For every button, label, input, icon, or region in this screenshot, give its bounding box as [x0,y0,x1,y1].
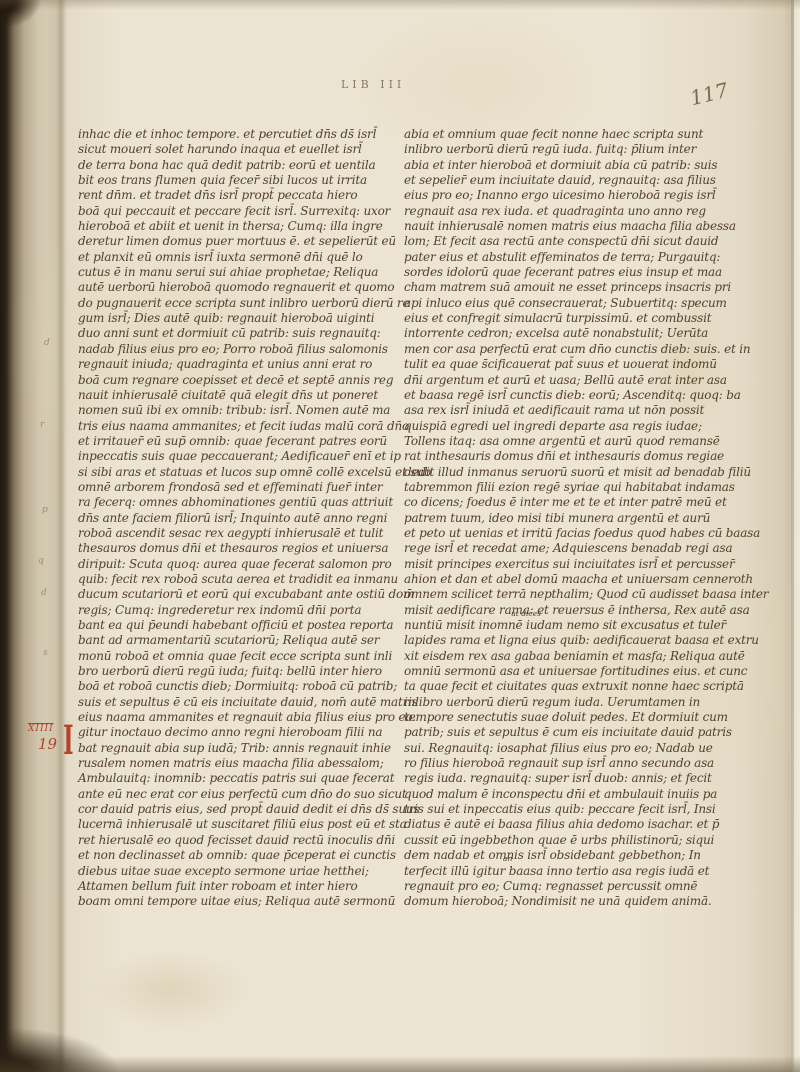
manuscript-line: sicut moueri solet harundo inaqua et eue… [78,142,394,157]
manuscript-line: rent dn̄m. et tradet dn̄s isrl̄ propt̄ p… [78,188,394,203]
manuscript-line: gitur inoctauo decimo anno regni hierobo… [78,725,394,740]
page-edge-bottom [0,1056,800,1072]
manuscript-line: bant ea qui p̄eundi habebant officiū et… [78,618,394,633]
interlinear-addition: ut dices [511,609,541,618]
manuscript-line: nomen suū ibi ex omnib: tribub: isrl̄. … [78,403,394,418]
manuscript-line: men cor asa perfectū erat cum dn̄o cunc… [404,342,738,357]
manuscript-page-scan: LIB III 117 inhac die et inhoc tempore. … [0,0,800,1072]
manuscript-line: rusalem nomen matris eius maacha filia a… [78,756,394,771]
manuscript-line: deretur limen domus puer mortuus ē. et … [78,234,394,249]
manuscript-line: inhac die et inhoc tempore. et percutiet… [78,127,394,142]
manuscript-line: domum hieroboā; Nondimisit ne unā quid… [404,894,738,909]
manuscript-line: eius et confregit simulacrū turpissimū… [404,311,738,326]
manuscript-line: ducum scutariorū et eorū qui excubaban… [78,587,394,602]
manuscript-line: et baasa regē isrl̄ cunctis dieb: eorū… [404,388,738,403]
manuscript-line: ta quae fecit et ciuitates quas extruxit… [404,679,738,694]
text-column-left: inhac die et inhoc tempore. et percutiet… [78,127,394,910]
manuscript-line: nadab filius eius pro eo; Porro roboā f… [78,342,394,357]
manuscript-line: ante eū nec erat cor eius perfectū cum… [78,787,394,802]
manuscript-line: sui. Regnauitq: iosaphat filius eius pro… [404,741,738,756]
manuscript-line: omniū sermonū asa et uniuersae fortitu… [404,664,738,679]
manuscript-line: cussit eū ingebbethon quae ē urbs phil… [404,833,738,848]
manuscript-line: misit aedificare rama: et reuersus ē in… [404,603,738,618]
edge-ink-mark: d [41,588,47,598]
manuscript-line: gum isrl̄; Dies autē quib: regnauit hie… [78,311,394,326]
manuscript-line: dn̄i argentum et aurū et uasa; Bellū a… [404,373,738,388]
manuscript-line: roboā ascendit sesac rex aegypti inhier… [78,526,394,541]
manuscript-line: Attamen bellum fuit inter roboam et inte… [78,879,394,894]
manuscript-line: monū roboā et omnia quae fecit ecce sc… [78,649,394,664]
manuscript-line: regnauit asa rex iuda. et quadraginta un… [404,204,738,219]
manuscript-line: cutus ē in manu serui sui ahiae prophet… [78,265,394,280]
manuscript-line: et peto ut uenias et irritū facias foed… [404,526,738,541]
manuscript-line: tabremmon filii ezion regē syriae qui h… [404,480,738,495]
manuscript-line: boam omni tempore uitae eius; Reliqua au… [78,894,394,909]
manuscript-line: do pugnauerit ecce scripta sunt inlibro … [78,296,394,311]
manuscript-line: et planxit eū omnis isrl̄ iuxta sermone… [78,250,394,265]
manuscript-line: quispiā egredi uel ingredi departe asa … [404,419,738,434]
page-edge-top [0,0,800,10]
manuscript-line: thesauros domus dn̄i et thesauros regios… [78,541,394,556]
manuscript-line: abia et inter hieroboā et dormiuit abia… [404,158,738,173]
manuscript-line: bat regnauit abia sup iudā; Trib: annis… [78,741,394,756]
manuscript-line: nuntiū misit inomnē iudam nemo sit exc… [404,618,738,633]
manuscript-line: xit eisdem rex asa gabaa beniamin et mas… [404,649,738,664]
manuscript-line: omnē arborem frondosā sed et effeminat… [78,480,394,495]
manuscript-line: inlibro uerborū dierū regū iuda. fuit… [404,142,738,157]
manuscript-line: nauit inhierusalē nomen matris eius maa… [404,219,738,234]
margin-chapter-numeral: XIIII [28,724,54,734]
manuscript-line: sordes idolorū quae fecerant patres eiu… [404,265,738,280]
page-edge-right [791,0,794,1072]
manuscript-line: terfecit illū igitur baasa inno tertio … [404,864,738,879]
manuscript-line: rat inthesauris domus dn̄i et inthesauri… [404,449,738,464]
manuscript-line: et non declinasset ab omnib: quae p̄cepe… [78,848,394,863]
edge-ink-mark: p [42,505,48,515]
manuscript-line: regnauit pro eo; Cumq: regnasset percuss… [404,879,738,894]
manuscript-line: Ambulauitq: inomnib: peccatis patris sui… [78,771,394,786]
manuscript-line: boā cum regnare coepisset et decē et s… [78,373,394,388]
manuscript-line: de terra bona hac quā dedit patrib: eor… [78,158,394,173]
manuscript-line: suis et sepultus ē cū eis inciuitate d… [78,695,394,710]
manuscript-line: ret hierusalē eo quod fecisset dauid re… [78,833,394,848]
page-crease [56,0,66,1072]
manuscript-line: eius pro eo; Inanno ergo uicesimo hierob… [404,188,738,203]
manuscript-line: dedit illud inmanus seruorū suorū et m… [404,465,738,480]
manuscript-line: asa rex isrl̄ iniudā et aedificauit ram… [404,403,738,418]
manuscript-line: dn̄s ante faciem filiorū isrl̄; Inquint… [78,511,394,526]
manuscript-line: ro filius hieroboā regnauit sup isrl̄ a… [404,756,738,771]
manuscript-line: api inluco eius quē consecrauerat; Subu… [404,296,738,311]
manuscript-line: duo anni sunt et dormiuit cū patrib: su… [78,326,394,341]
folio-number: 117 [688,78,731,111]
edge-ink-mark: q [38,556,44,566]
text-column-right: abia et omnium quae fecit nonne haec scr… [404,127,738,910]
manuscript-line: intorrente cedron; excelsa autē nonabst… [404,326,738,341]
manuscript-line: cham matrem suā amouit ne esset princep… [404,280,738,295]
edge-ink-mark: d [44,338,50,348]
margin-chapter-number: 19 [38,735,57,753]
manuscript-line: bant ad armamentariū scutariorū; Reliq… [78,633,394,648]
manuscript-line: hieroboā et abiit et uenit in thersa; C… [78,219,394,234]
manuscript-line: ra fecerq: omnes abhominationes gentiū … [78,495,394,510]
manuscript-line: lucernā inhierusalē ut suscitaret fili… [78,817,394,832]
interlinear-addition: an [503,854,512,863]
manuscript-line: lom; Et fecit asa rectū ante conspectū… [404,234,738,249]
manuscript-line: abia et omnium quae fecit nonne haec scr… [404,127,738,142]
manuscript-line: tulit ea quae s̄cificauerat pat̄ suus et… [404,357,738,372]
manuscript-line: patrem tuum, ideo misi tibi munera argen… [404,511,738,526]
manuscript-line: diripuit: Scuta quoq: aurea quae fecerat… [78,557,394,572]
manuscript-line: regis iuda. regnauitq: super isrl̄ duob:… [404,771,738,786]
rubricated-initial: I [63,721,73,761]
manuscript-line: quib: fecit rex roboā scuta aerea et tr… [78,572,394,587]
manuscript-line: eius naama ammanites et regnauit abia fi… [78,710,394,725]
manuscript-line: et irritauer̄ eū sup̄ omnib: quae fecer… [78,434,394,449]
manuscript-line: quod malum ē inconspectu dn̄i et ambula… [404,787,738,802]
manuscript-line: et sepelier̄ eum inciuitate dauid, regna… [404,173,738,188]
manuscript-line: boā et roboā cunctis dieb; Dormiuitq: … [78,679,394,694]
manuscript-line: bro uerborū dierū regū iuda; fuitq: b… [78,664,394,679]
manuscript-line: misit principes exercitus sui inciuitate… [404,557,738,572]
manuscript-line: diebus uitae suae excepto sermone uriae … [78,864,394,879]
manuscript-line: cor dauid patris eius, sed propt̄ dauid … [78,802,394,817]
manuscript-line: co dicens; foedus ē inter me et te et i… [404,495,738,510]
manuscript-line: regnauit iniuda; quadraginta et unius an… [78,357,394,372]
manuscript-line: ahion et dan et abel domū maacha et uni… [404,572,738,587]
manuscript-line: patrib; suis et sepultus ē cum eis inci… [404,725,738,740]
manuscript-line: inpeccatis suis quae peccauerant; Aedifi… [78,449,394,464]
manuscript-line: boā qui peccauit et peccare fecit isrl̄… [78,204,394,219]
manuscript-line: lapides rama et ligna eius quib: aedific… [404,633,738,648]
manuscript-line: omnem scilicet terrā nepthalim; Quod cu… [404,587,738,602]
binding-gutter-shadow [0,0,46,1072]
manuscript-line: bit eos trans flumen quia fecer̄ sibi lu… [78,173,394,188]
manuscript-line: Tollens itaq: asa omne argentū et aurū… [404,434,738,449]
manuscript-line: si sibi aras et statuas et lucos sup omn… [78,465,394,480]
running-title: LIB III [341,78,405,91]
manuscript-line: tempore senectutis suae doluit pedes. Et… [404,710,738,725]
edge-ink-mark: r [40,420,44,430]
manuscript-line: autē uerborū hieroboā quomodo regnaue… [78,280,394,295]
manuscript-line: tris eius naama ammanites; et fecit iuda… [78,419,394,434]
manuscript-line: pater eius et abstulit effeminatos de te… [404,250,738,265]
manuscript-line: regis; Cumq: ingrederetur rex indomū dn… [78,603,394,618]
manuscript-line: dem nadab et omnis isrl̄ obsidebant gebb… [404,848,738,863]
manuscript-line: inlibro uerborū dierū regum iuda. Ueru… [404,695,738,710]
manuscript-line: nauit inhierusalē ciuitatē quā elegit… [78,388,394,403]
edge-ink-mark: s [43,648,48,658]
manuscript-line: rege isrl̄ et recedat ame; Adquiescens b… [404,541,738,556]
manuscript-line: tris sui et inpeccatis eius quib: peccar… [404,802,738,817]
manuscript-line: diatus ē autē ei baasa filius ahia ded… [404,817,738,832]
